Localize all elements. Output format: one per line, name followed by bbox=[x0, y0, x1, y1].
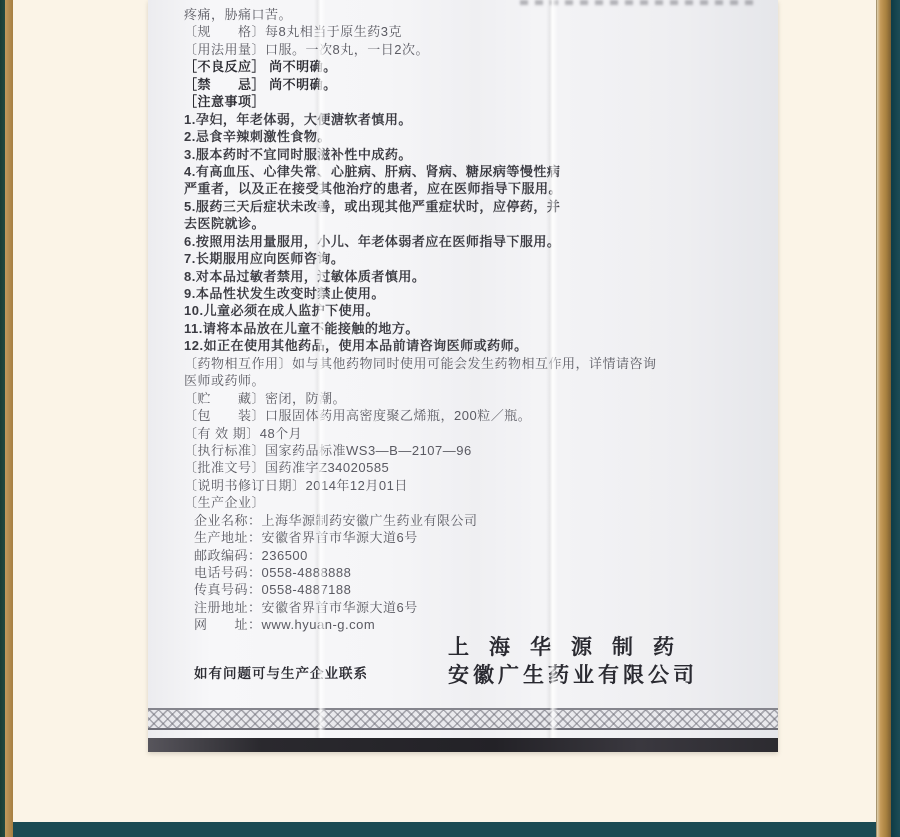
sheet-line: 3.服本药时不宜同时服滋补性中成药。 bbox=[184, 146, 770, 163]
frame-right-teal-strip bbox=[891, 0, 900, 837]
sheet-line: 〔批准文号〕国药准字Z34020585 bbox=[184, 459, 770, 476]
sheet-line: 注册地址：安徽省界首市华源大道6号 bbox=[184, 599, 770, 616]
sheet-line: 〔包 装〕口服固体药用高密度聚乙烯瓶，200粒／瓶。 bbox=[184, 407, 770, 424]
sheet-line: 10.儿童必须在成人监护下使用。 bbox=[184, 302, 770, 319]
sheet-line: 邮政编码：236500 bbox=[184, 547, 770, 564]
sheet-line: 生产地址：安徽省界首市华源大道6号 bbox=[184, 529, 770, 546]
instruction-sheet-photo: 疼痛，胁痛口苦。 〔规 格〕每8丸相当于原生药3克 〔用法用量〕口服。一次8丸，… bbox=[148, 0, 778, 752]
sheet-line: 传真号码：0558-4887188 bbox=[184, 581, 770, 598]
sheet-line: 9.本品性状发生改变时禁止使用。 bbox=[184, 285, 770, 302]
sheet-line: 网 址：www.hyuan-g.com bbox=[184, 616, 770, 633]
sheet-line: 11.请将本品放在儿童不能接触的地方。 bbox=[184, 320, 770, 337]
sheet-line: 12.如正在使用其他药品，使用本品前请咨询医师或药师。 bbox=[184, 337, 770, 354]
sheet-line: 6.按照用法用量服用，小儿、年老体弱者应在医师指导下服用。 bbox=[184, 233, 770, 250]
paper-bottom-edge bbox=[148, 738, 778, 752]
sheet-text: 疼痛，胁痛口苦。 〔规 格〕每8丸相当于原生药3克 〔用法用量〕口服。一次8丸，… bbox=[184, 6, 770, 634]
sheet-line: 疼痛，胁痛口苦。 bbox=[184, 6, 770, 23]
sheet-line: ［注意事项］ bbox=[184, 93, 770, 110]
ornamental-border-band bbox=[148, 708, 778, 730]
sheet-line: 〔有 效 期〕48个月 bbox=[184, 425, 770, 442]
sheet-line: 〔生产企业〕 bbox=[184, 494, 770, 511]
sheet-line: ［禁 忌］ 尚不明确。 bbox=[184, 76, 770, 93]
sheet-line: ［不良反应］ 尚不明确。 bbox=[184, 58, 770, 75]
frame-left-gold-strip bbox=[5, 0, 13, 837]
sheet-line: 7.长期服用应向医师咨询。 bbox=[184, 250, 770, 267]
sheet-footer: 如有问题可与生产企业联系 上海华源制药 安徽广生药业有限公司 bbox=[148, 634, 778, 704]
sheet-line: 医师或药师。 bbox=[184, 372, 770, 389]
sheet-line: 〔用法用量〕口服。一次8丸，一日2次。 bbox=[184, 41, 770, 58]
frame-bottom-teal-band bbox=[5, 822, 891, 837]
sheet-line: 8.对本品过敏者禁用，过敏体质者慎用。 bbox=[184, 268, 770, 285]
cropped-text-fragment bbox=[520, 0, 758, 5]
frame-right-gold-strip bbox=[876, 0, 891, 837]
manufacturer-name-block: 上海华源制药 安徽广生药业有限公司 bbox=[448, 634, 698, 690]
sheet-line: 〔规 格〕每8丸相当于原生药3克 bbox=[184, 23, 770, 40]
sheet-line: 企业名称：上海华源制药安徽广生药业有限公司 bbox=[184, 512, 770, 529]
sheet-line: 严重者，以及正在接受其他治疗的患者，应在医师指导下服用。 bbox=[184, 180, 770, 197]
sheet-line: 5.服药三天后症状未改善，或出现其他严重症状时，应停药，并 bbox=[184, 198, 770, 215]
contact-note: 如有问题可与生产企业联系 bbox=[194, 662, 368, 682]
sheet-line: 〔贮 藏〕密闭，防潮。 bbox=[184, 390, 770, 407]
sheet-line: 〔执行标准〕国家药品标准WS3—B—2107—96 bbox=[184, 442, 770, 459]
sheet-line: 4.有高血压、心律失常、心脏病、肝病、肾病、糖尿病等慢性病 bbox=[184, 163, 770, 180]
screen: 疼痛，胁痛口苦。 〔规 格〕每8丸相当于原生药3克 〔用法用量〕口服。一次8丸，… bbox=[0, 0, 900, 837]
sheet-line: 〔药物相互作用〕如与其他药物同时使用可能会发生药物相互作用，详情请咨询 bbox=[184, 355, 770, 372]
company-name-line-2: 安徽广生药业有限公司 bbox=[448, 662, 698, 690]
sheet-line: 〔说明书修订日期〕2014年12月01日 bbox=[184, 477, 770, 494]
sheet-line: 去医院就诊。 bbox=[184, 215, 770, 232]
sheet-line: 2.忌食辛辣刺激性食物。 bbox=[184, 128, 770, 145]
sheet-line: 1.孕妇，年老体弱，大便溏软者慎用。 bbox=[184, 111, 770, 128]
sheet-line: 电话号码：0558-4888888 bbox=[184, 564, 770, 581]
company-name-line-1: 上海华源制药 bbox=[448, 634, 698, 662]
